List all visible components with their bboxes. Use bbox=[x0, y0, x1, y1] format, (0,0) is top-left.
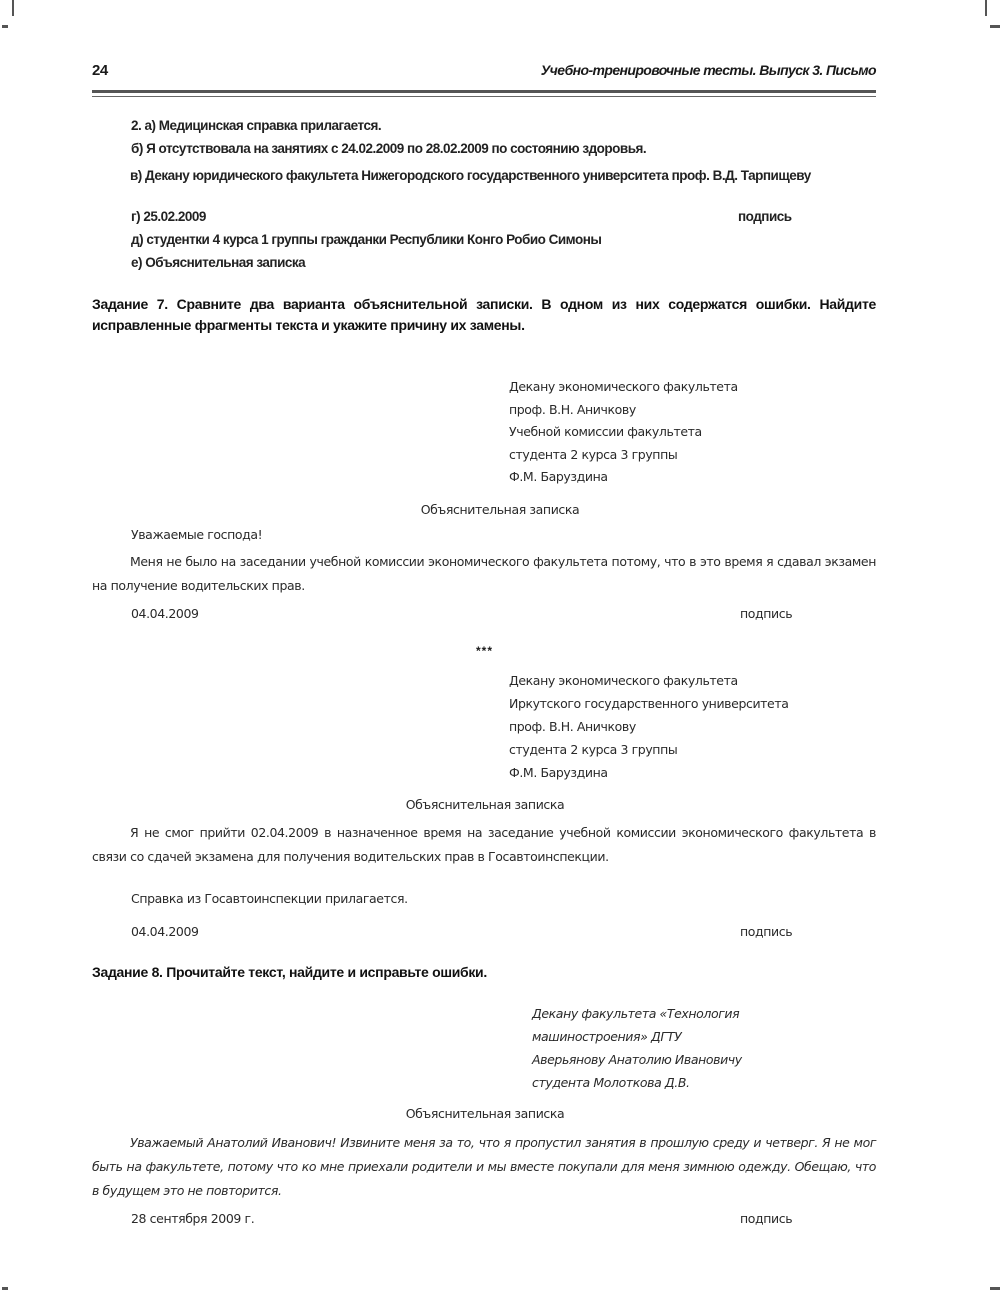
crop-mark bbox=[990, 1287, 1000, 1290]
task7-v1-signature: подпись bbox=[740, 606, 792, 621]
answer-b: б) Я отсутствовала на занятиях с 24.02.2… bbox=[131, 141, 646, 156]
addressee-line: студента Молоткова Д.В. bbox=[532, 1071, 742, 1094]
addressee-line: студента 2 курса 3 группы bbox=[509, 738, 788, 761]
answer-d: д) студентки 4 курса 1 группы гражданки … bbox=[131, 232, 601, 247]
task7-v2-body: Я не смог прийти 02.04.2009 в назначенно… bbox=[92, 821, 876, 868]
task7-v2-addressee: Декану экономического факультета Иркутск… bbox=[509, 669, 788, 784]
header-rule bbox=[92, 90, 876, 93]
task8-date: 28 сентября 2009 г. bbox=[131, 1211, 254, 1226]
answer-g-date: г) 25.02.2009 bbox=[131, 209, 206, 224]
answer-v: в) Декану юридического факультета Нижего… bbox=[92, 164, 876, 187]
task7-v1-addressee: Декану экономического факультета проф. В… bbox=[509, 376, 738, 489]
crop-mark bbox=[12, 0, 14, 16]
page-number: 24 bbox=[92, 62, 108, 79]
task7-v1-body: Меня не было на заседании учебной комисс… bbox=[92, 550, 876, 598]
task8-addressee: Декану факультета «Технология машиностро… bbox=[532, 1002, 742, 1094]
addressee-line: Ф.М. Баруздина bbox=[509, 466, 738, 489]
task7-v1-date: 04.04.2009 bbox=[131, 606, 199, 621]
task7-v2-attachment: Справка из Госавтоинспекции прилагается. bbox=[131, 891, 408, 906]
variant-separator: *** bbox=[476, 644, 493, 658]
addressee-line: студента 2 курса 3 группы bbox=[509, 444, 738, 467]
task7-v1-greeting: Уважаемые господа! bbox=[131, 527, 262, 542]
addressee-line: Ф.М. Баруздина bbox=[509, 761, 788, 784]
crop-mark bbox=[990, 25, 1000, 28]
answer-g-sign: подпись bbox=[738, 209, 792, 224]
addressee-line: Декану экономического факультета bbox=[509, 669, 788, 692]
crop-mark bbox=[2, 1287, 8, 1290]
task7-v2-date: 04.04.2009 bbox=[131, 924, 199, 939]
crop-mark bbox=[985, 0, 987, 16]
addressee-line: Аверьянову Анатолию Ивановичу bbox=[532, 1048, 742, 1071]
task7-v1-title: Объяснительная записка bbox=[0, 502, 1000, 517]
addressee-line: Иркутского государственного университета bbox=[509, 692, 788, 715]
page-header: 24 Учебно-тренировочные тесты. Выпуск 3.… bbox=[92, 62, 876, 82]
answer-e: е) Объяснительная записка bbox=[131, 255, 305, 270]
answer-a: 2. а) Медицинская справка прилагается. bbox=[131, 118, 381, 133]
addressee-line: проф. В.Н. Аничкову bbox=[509, 399, 738, 422]
running-title: Учебно-тренировочные тесты. Выпуск 3. Пи… bbox=[541, 62, 876, 78]
addressee-line: Учебной комиссии факультета bbox=[509, 421, 738, 444]
task7-heading: Задание 7. Сравните два варианта объясни… bbox=[92, 294, 876, 336]
addressee-line: машиностроения» ДГТУ bbox=[532, 1025, 742, 1048]
task7-v2-signature: подпись bbox=[740, 924, 792, 939]
addressee-line: Декану факультета «Технология bbox=[532, 1002, 742, 1025]
crop-mark bbox=[2, 25, 8, 28]
addressee-line: Декану экономического факультета bbox=[509, 376, 738, 399]
task7-v2-title: Объяснительная записка bbox=[0, 797, 970, 812]
task8-title: Объяснительная записка bbox=[0, 1106, 970, 1121]
header-rule bbox=[92, 96, 876, 97]
task8-signature: подпись bbox=[740, 1211, 792, 1226]
task8-body: Уважаемый Анатолий Иванович! Извините ме… bbox=[92, 1131, 876, 1203]
task8-heading: Задание 8. Прочитайте текст, найдите и и… bbox=[92, 964, 487, 980]
addressee-line: проф. В.Н. Аничкову bbox=[509, 715, 788, 738]
